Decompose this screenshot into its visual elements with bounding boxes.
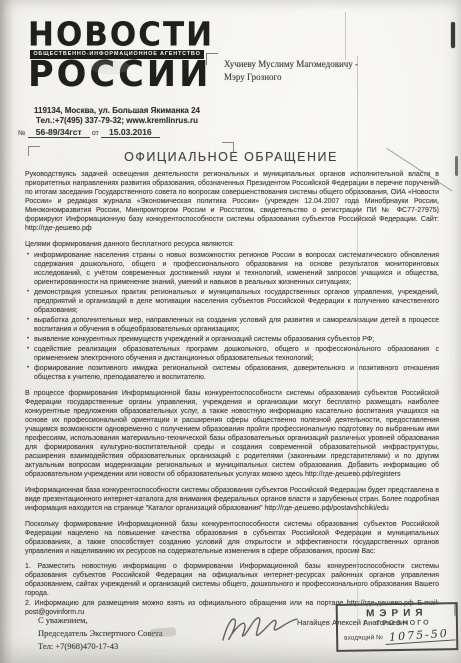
scanned-letter-page: НОВОСТИ ОБЩЕСТВЕННО-ИНФОРМАЦИОННОЕ АГЕНТ… <box>0 0 461 663</box>
stamp-entry-label: входящий № <box>344 634 383 642</box>
paragraph-request-intro: Поскольку формирование Информационной ба… <box>25 520 439 556</box>
incoming-stamp: МЭРИЯ Г. ГРОЗНОГО входящий № 1075-50 <box>336 602 459 652</box>
goal-item: формирование позитивного имиджа регионал… <box>25 364 439 382</box>
recipient-name: Хучиеву Муслиму Магомедовичу - <box>224 58 424 71</box>
scan-smudge <box>150 627 177 638</box>
address-line: 119134, Москва, ул. Большая Якиманка 24 <box>16 106 218 116</box>
signature-block: С уважением, Председатель Экспертного Со… <box>38 614 228 653</box>
agency-logo: НОВОСТИ ОБЩЕСТВЕННО-ИНФОРМАЦИОННОЕ АГЕНТ… <box>28 20 206 92</box>
goals-list: информирование населения страны о новых … <box>25 251 439 382</box>
recipient-block: Хучиеву Муслиму Магомедовичу - Мэру Гроз… <box>224 58 424 84</box>
reference-line: № 56-89/34гст от 15.03.2016 <box>18 127 228 137</box>
signer-position: Председатель Экспертного Совета <box>38 627 228 640</box>
paragraph-catalog: Информационная база конкурентоспособност… <box>25 486 439 513</box>
request-item-1: 1. Разместить новостную информацию о фор… <box>25 562 439 598</box>
agency-address: 119134, Москва, ул. Большая Якиманка 24 … <box>16 106 218 126</box>
goal-item: выявление конкурентных преимуществ учреж… <box>25 335 439 344</box>
handwritten-signature <box>215 606 303 650</box>
closing-salutation: С уважением, <box>38 614 228 627</box>
goal-item: демонстрация успешных практик региональн… <box>25 288 439 315</box>
logo-word-novosti: НОВОСТИ <box>28 19 206 51</box>
ref-date-label: от <box>92 130 99 137</box>
goal-item: информирование населения страны о новых … <box>25 251 439 287</box>
phone-site-line: Тел.:+7(495) 337-79-32; www.kremlinrus.r… <box>16 116 218 126</box>
ref-date-value: 15.03.2016 <box>101 127 160 138</box>
paragraph-process: В процессе формирования Информационной б… <box>25 389 439 479</box>
ref-number-value: 56-89/34гст <box>28 127 90 138</box>
stamp-entry-line: входящий № 1075-50 <box>344 628 452 644</box>
recipient-corner-mark <box>206 53 218 65</box>
document-title: ОФИЦИАЛЬНОЕ ОБРАЩЕНИЕ <box>25 150 437 164</box>
paragraph-intro: Руководствуясь задачей освещения деятель… <box>25 170 439 233</box>
vertical-fold-line <box>357 56 358 630</box>
signer-name: Нагайцев Алексей Анатольевич <box>297 618 461 627</box>
vertical-fold-line-top <box>345 12 346 60</box>
scan-edge-mark <box>451 22 455 48</box>
goals-intro: Целями формирования данного бесплатного … <box>25 240 439 249</box>
scan-smudge <box>90 60 130 74</box>
stamp-entry-number-handwritten: 1075-50 <box>384 626 454 645</box>
scan-edge-mark <box>455 156 458 176</box>
signer-phone: Тел: +7(968)470-17-43 <box>38 640 228 653</box>
recipient-position: Мэру Грозного <box>224 71 424 84</box>
ref-number-label: № <box>18 130 26 137</box>
goal-item: содействие реализации образовательных пр… <box>25 345 439 363</box>
letter-body: Руководствуясь задачей освещения деятель… <box>25 170 439 617</box>
goal-item: выработка дополнительных мер, направленн… <box>25 316 439 334</box>
